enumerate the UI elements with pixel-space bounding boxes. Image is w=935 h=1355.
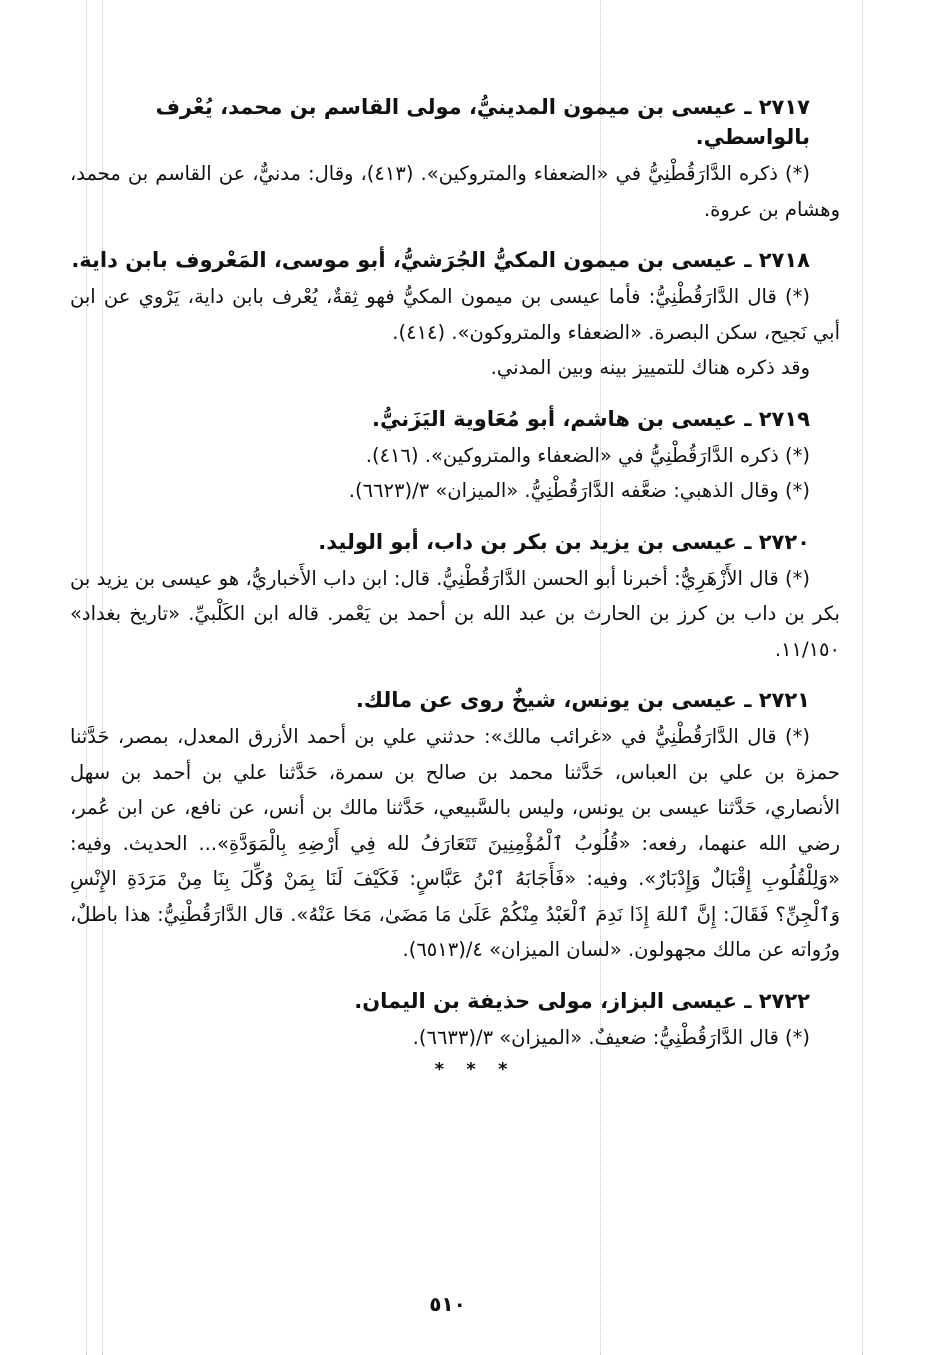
entry-2721: ٢٧٢١ ـ عيسى بن يونس، شيخٌ روى عن مالك. (…: [70, 685, 840, 968]
entry-paragraph: (*) قال الدَّارَقُطْنِيُّ: فأما عيسى بن …: [70, 279, 840, 350]
entry-title: ٢٧١٧ ـ عيسى بن ميمون المدينيُّ، مولى الق…: [70, 92, 840, 152]
entry-paragraph: (*) قال الدَّارَقُطْنِيُّ: ضعيفٌ. «الميز…: [70, 1020, 840, 1056]
entry-title: ٢٧١٨ ـ عيسى بن ميمون المكيُّ الجُرَشيُّ،…: [70, 245, 840, 275]
page-number: ٥١٠: [0, 1292, 935, 1316]
entry-paragraph: (*) قال الدَّارَقُطْنِيُّ في «غرائب مالك…: [70, 719, 840, 968]
entry-2719: ٢٧١٩ ـ عيسى بن هاشم، أبو مُعَاوية اليَزَ…: [70, 404, 840, 509]
entry-paragraph: (*) قال الأَزْهَرِيُّ: أخبرنا أبو الحسن …: [70, 561, 840, 668]
entry-paragraph: وقد ذكره هناك للتمييز بينه وبين المدني.: [70, 350, 840, 386]
entry-2717: ٢٧١٧ ـ عيسى بن ميمون المدينيُّ، مولى الق…: [70, 92, 840, 227]
spacer: [70, 386, 840, 404]
entry-title: ٢٧٢١ ـ عيسى بن يونس، شيخٌ روى عن مالك.: [70, 685, 840, 715]
spacer: [70, 968, 840, 986]
spacer: [70, 667, 840, 685]
spacer: [70, 509, 840, 527]
scan-artifact-line: [862, 0, 863, 1355]
entry-title: ٢٧٢٠ ـ عيسى بن يزيد بن بكر بن داب، أبو ا…: [70, 527, 840, 557]
entry-2720: ٢٧٢٠ ـ عيسى بن يزيد بن بكر بن داب، أبو ا…: [70, 527, 840, 668]
entry-paragraph: (*) ذكره الدَّارَقُطْنِيُّ في «الضعفاء و…: [70, 156, 840, 227]
spacer: [70, 227, 840, 245]
entry-paragraph: (*) ذكره الدَّارَقُطْنِيُّ في «الضعفاء و…: [70, 438, 840, 474]
entry-title: ٢٧٢٢ ـ عيسى البزاز، مولى حذيفة بن اليمان…: [70, 986, 840, 1016]
entry-title: ٢٧١٩ ـ عيسى بن هاشم، أبو مُعَاوية اليَزَ…: [70, 404, 840, 434]
entry-2722: ٢٧٢٢ ـ عيسى البزاز، مولى حذيفة بن اليمان…: [70, 986, 840, 1056]
book-page: ٢٧١٧ ـ عيسى بن ميمون المدينيُّ، مولى الق…: [70, 92, 840, 1080]
section-separator: * * *: [70, 1059, 840, 1080]
entry-paragraph: (*) وقال الذهبي: ضعَّفه الدَّارَقُطْنِيُ…: [70, 473, 840, 509]
entry-2718: ٢٧١٨ ـ عيسى بن ميمون المكيُّ الجُرَشيُّ،…: [70, 245, 840, 386]
